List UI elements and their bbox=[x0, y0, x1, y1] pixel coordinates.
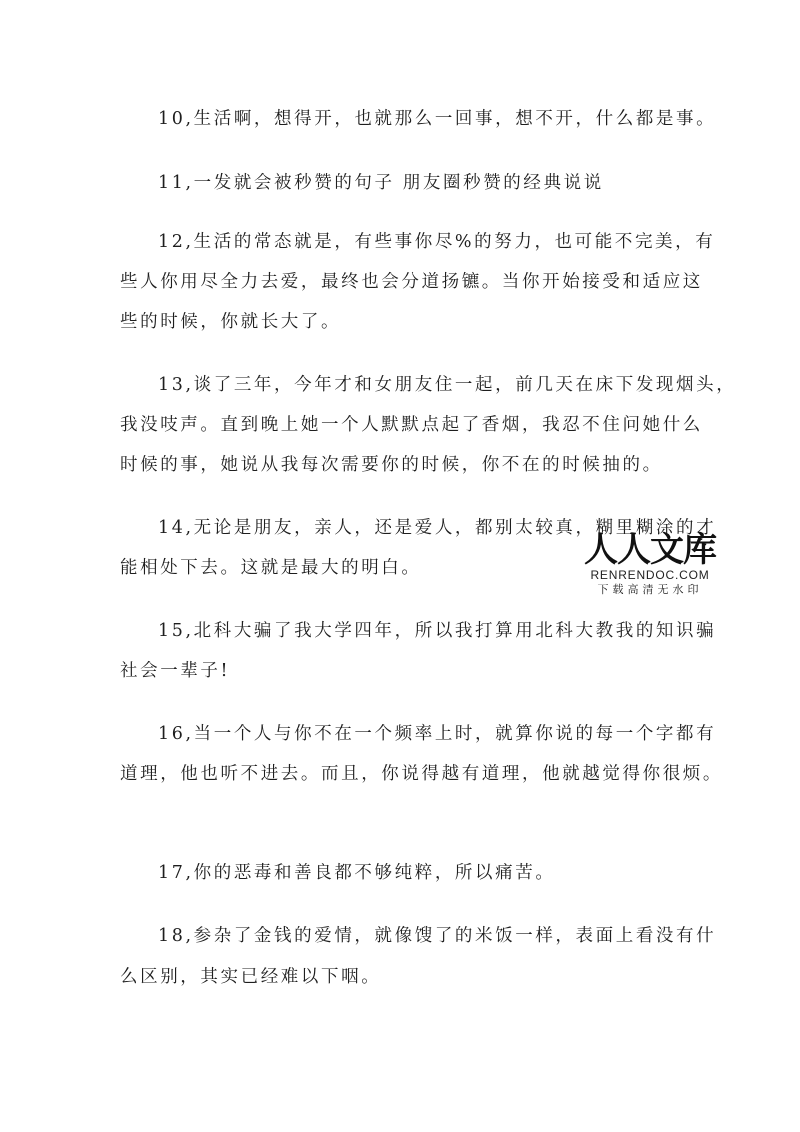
paragraph-line: 么区别，其实已经难以下咽。 bbox=[120, 966, 381, 988]
watermark-url: RENRENDOC.COM bbox=[584, 568, 716, 582]
paragraph-line: 能相处下去。这就是最大的明白。 bbox=[120, 557, 422, 579]
paragraph-line: 道理，他也听不进去。而且，你说得越有道理，他就越觉得你很烦。 bbox=[120, 763, 723, 785]
document-page: 10,生活啊，想得开，也就那么一回事，想不开，什么都是事。 11,一发就会被秒赞… bbox=[0, 0, 800, 1132]
paragraph-line: 17,你的恶毒和善良都不够纯粹，所以痛苦。 bbox=[158, 862, 555, 884]
paragraph-line: 15,北科大骗了我大学四年，所以我打算用北科大教我的知识骗 bbox=[158, 620, 716, 642]
paragraph-line: 16,当一个人与你不在一个频率上时，就算你说的每一个字都有 bbox=[158, 723, 716, 745]
paragraph-line: 13,谈了三年，今年才和女朋友住一起，前几天在床下发现烟头， bbox=[158, 374, 736, 396]
paragraph-line: 18,参杂了金钱的爱情，就像馊了的米饭一样，表面上看没有什 bbox=[158, 925, 716, 947]
paragraph-line: 11,一发就会被秒赞的句子 朋友圈秒赞的经典说说 bbox=[158, 172, 604, 194]
paragraph-line: 时候的事，她说从我每次需要你的时候，你不在的时候抽的。 bbox=[120, 454, 663, 476]
watermark-logo: 人人文库 RENRENDOC.COM 下载高清无水印 bbox=[584, 532, 716, 598]
paragraph-line: 社会一辈子! bbox=[120, 660, 230, 682]
watermark-subtitle: 下载高清无水印 bbox=[584, 582, 716, 598]
paragraph-line: 些人你用尽全力去爱，最终也会分道扬镳。当你开始接受和适应这 bbox=[120, 271, 703, 293]
paragraph-line: 12,生活的常态就是，有些事你尽%的努力，也可能不完美，有 bbox=[158, 231, 715, 253]
paragraph-line: 些的时候，你就长大了。 bbox=[120, 311, 341, 333]
paragraph-line: 我没吱声。直到晚上她一个人默默点起了香烟，我忍不住问她什么 bbox=[120, 414, 703, 436]
watermark-title: 人人文库 bbox=[584, 532, 716, 568]
paragraph-line: 10,生活啊，想得开，也就那么一回事，想不开，什么都是事。 bbox=[158, 108, 716, 130]
